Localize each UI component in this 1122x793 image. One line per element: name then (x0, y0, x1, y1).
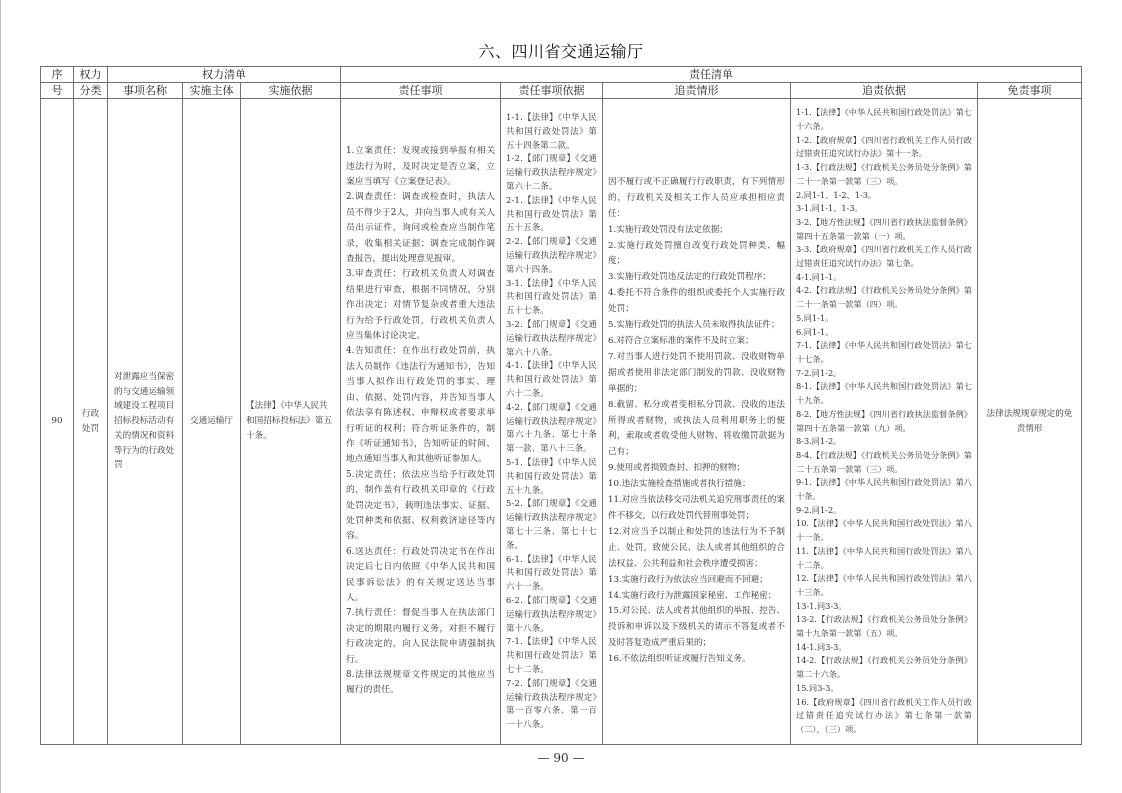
list-item: 13-1.同3-3。 (796, 600, 972, 614)
list-item: 5.决定责任：依法应当给予行政处罚的，制作盖有行政机关印章的《行政处罚决定书》，… (346, 468, 495, 545)
accountability-basis-list: 1-1.【法律】《中华人民共和国行政处罚法》第七十六条。 1-2.【政府规章】《… (796, 106, 972, 736)
list-item: 4.告知责任：在作出行政处罚前，执法人员制作《违法行为通知书》，告知当事人拟作出… (346, 344, 495, 467)
list-item: 9-1.【法律】《中华人民共和国行政处罚法》第八十条。 (796, 476, 972, 503)
list-item: 1.立案责任：发现或接到举报有相关违法行为时，及时决定是否立案，立案应当填写《立… (346, 144, 495, 190)
list-item: 3.审查责任：行政机关负责人对调查结果进行审查，根据不同情况，分别作出决定；对情… (346, 267, 495, 344)
list-item: 13-2.【行政法规】《行政机关公务员处分条例》第十九条第一款第（五）项。 (796, 613, 972, 640)
list-item: 13.实施行政行为依法应当回避而不回避； (608, 573, 785, 589)
list-item: 4-2.【行政法规】《行政机关公务员处分条例》第二十一条第一款第（四）项。 (796, 284, 972, 311)
list-item: 3-2.【地方性法规】《四川省行政执法监督条例》第四十五条第一款第（一）项。 (796, 216, 972, 243)
header-seq-bottom: 号 (41, 83, 74, 99)
header-accountability-basis: 追责依据 (791, 83, 978, 99)
list-item: 14-2.【行政法规】《行政机关公务员处分条例》第二十六条。 (796, 654, 972, 681)
page-edge (0, 0, 1, 793)
list-item: 7.对当事人进行处罚不使用罚款、没收财物单据或者使用非法定部门制发的罚款、没收财… (608, 350, 785, 398)
header-item-name: 事项名称 (108, 83, 183, 99)
list-item: 6.同1-1。 (796, 326, 972, 340)
list-item: 8-4.【行政法规】《行政机关公务员处分条例》第二十五条第一款第（三）项。 (796, 449, 972, 476)
list-item: 4-1.【法律】《中华人民共和国行政处罚法》第六十二条。 (506, 359, 597, 400)
list-item: 4-1.同1-1。 (796, 271, 972, 285)
list-item: 14-1.同3-3。 (796, 641, 972, 655)
exemptions-cell: 法律法规规章规定的免责情形 (978, 99, 1082, 745)
list-item: 7-2.【部门规章】《交通运输行政执法程序规定》第一百零六条、第一百一十八条。 (506, 677, 597, 732)
list-item: 1-3.【行政法规】《行政机关公务员处分条例》第二十一条第一款第（三）项。 (796, 161, 972, 188)
header-exemptions: 免责事项 (978, 83, 1082, 99)
list-item: 2.同1-1、1-2、1-3。 (796, 189, 972, 203)
list-item: 2.调查责任：调查或检查时，执法人员不得少于2人，并向当事人或有关人员出示证件，… (346, 190, 495, 267)
responsibility-basis-list: 1-1.【法律】《中华人民共和国行政处罚法》第五十四条第二款。 1-2.【部门规… (506, 111, 597, 732)
list-item: 7.执行责任：督促当事人在执法部门决定的期限内履行义务，对拒不履行行政决定的，向… (346, 606, 495, 668)
list-item: 2.实施行政处罚擅自改变行政处罚种类、幅度； (608, 239, 785, 271)
list-item: 7-2.同1-2。 (796, 367, 972, 381)
list-item: 16.不依法组织听证或履行告知义务。 (608, 652, 785, 668)
list-item: 6.送达责任：行政处罚决定书在作出决定后七日内依照《中华人民共和国民事诉讼法》的… (346, 545, 495, 607)
list-item: 7-1.【法律】《中华人民共和国行政处罚法》第七十二条。 (506, 635, 597, 676)
responsibility-items-list: 1.立案责任：发现或接到举报有相关违法行为时，及时决定是否立案，立案应当填写《立… (346, 144, 495, 699)
list-item: 11.对应当依法移交司法机关追究刑事责任的案件不移交，以行政处罚代替刑事处罚； (608, 493, 785, 525)
header-category-bottom: 分类 (74, 83, 108, 99)
list-item: 1-1.【法律】《中华人民共和国行政处罚法》第五十四条第二款。 (506, 111, 597, 152)
header-responsibility-items: 责任事项 (341, 83, 501, 99)
list-item: 6-1.【法律】《中华人民共和国行政处罚法》第六十一条。 (506, 553, 597, 594)
list-item: 1-2.【政府规章】《四川省行政机关工作人员行政过错责任追究试行办法》第十一条。 (796, 134, 972, 161)
list-item: 3-1.【法律】《中华人民共和国行政处罚法》第五十七条。 (506, 277, 597, 318)
list-item: 8.截留、私分或者变相私分罚款、没收的违法所得或者财物，或执法人员利用职务上的便… (608, 398, 785, 462)
page-number: — 90 — (0, 751, 1122, 765)
responsibility-basis-cell: 1-1.【法律】《中华人民共和国行政处罚法》第五十四条第二款。 1-2.【部门规… (501, 99, 603, 745)
power-responsibility-table: 序 权力 权力清单 责任清单 号 分类 事项名称 实施主体 实施依据 责任事项 … (40, 66, 1082, 745)
implementing-body-cell: 交通运输厅 (183, 99, 241, 745)
list-item: 3-3.【政府规章】《四川省行政机关工作人员行政过错责任追究试行办法》第七条。 (796, 243, 972, 270)
category-cell: 行政处罚 (74, 99, 108, 745)
list-item: 7-1.【法律】《中华人民共和国行政处罚法》第七十七条。 (796, 339, 972, 366)
header-responsibility-basis: 责任事项依据 (501, 83, 603, 99)
page-title: 六、四川省交通运输厅 (0, 39, 1122, 62)
accountability-situations-list: 因不履行或不正确履行行政职责，有下列情形的，行政机关及相关工作人员应承担相应责任… (608, 175, 785, 668)
list-item: 15.同3-3。 (796, 682, 972, 696)
list-item: 4-2.【部门规章】《交通运输行政执法程序规定》第六十九条、第七十条第一款、第八… (506, 401, 597, 456)
list-item: 3-2.【部门规章】《交通运输行政执法程序规定》第六十八条。 (506, 318, 597, 359)
list-item: 5-2.【部门规章】《交通运输行政执法程序规定》第七十三条、第七十七条。 (506, 497, 597, 552)
list-item: 1-2.【部门规章】《交通运输行政执法程序规定》第六十二条。 (506, 152, 597, 193)
list-item: 3-1.同1-1、1-3。 (796, 202, 972, 216)
list-item: 5-1.【法律】《中华人民共和国行政处罚法》第五十九条。 (506, 456, 597, 497)
list-item: 8-1.【法律】《中华人民共和国行政处罚法》第七十九条。 (796, 380, 972, 407)
list-item: 12.【法律】《中华人民共和国行政处罚法》第八十三条。 (796, 572, 972, 599)
list-item: 5.实施行政处罚的执法人员未取得执法证件； (608, 318, 785, 334)
list-item: 8-2.【地方性法规】《四川省行政执法监督条例》第四十五条第一款第（九）项。 (796, 408, 972, 435)
header-category-top: 权力 (74, 67, 108, 83)
list-item: 5.同1-1。 (796, 312, 972, 326)
list-item: 10.【法律】《中华人民共和国行政处罚法》第八十一条。 (796, 517, 972, 544)
list-item: 9.使用或者损毁查封、扣押的财物； (608, 461, 785, 477)
list-item: 3.实施行政处罚违反法定的行政处罚程序； (608, 270, 785, 286)
header-responsibility-list: 责任清单 (341, 67, 1082, 83)
list-item: 因不履行或不正确履行行政职责，有下列情形的，行政机关及相关工作人员应承担相应责任… (608, 175, 785, 223)
list-item: 6.对符合立案标准的案件不及时立案； (608, 334, 785, 350)
list-item: 2-1.【法律】《中华人民共和国行政处罚法》第五十五条。 (506, 194, 597, 235)
list-item: 8-3.同1-2。 (796, 435, 972, 449)
list-item: 9-2.同1-2。 (796, 504, 972, 518)
accountability-basis-cell: 1-1.【法律】《中华人民共和国行政处罚法》第七十六条。 1-2.【政府规章】《… (791, 99, 978, 745)
list-item: 11.【法律】《中华人民共和国行政处罚法》第八十二条。 (796, 545, 972, 572)
list-item: 1-1.【法律】《中华人民共和国行政处罚法》第七十六条。 (796, 106, 972, 133)
list-item: 8.法律法规规章文件规定的其他应当履行的责任。 (346, 668, 495, 699)
list-item: 15.对公民、法人或者其他组织的举报、控告、投诉和申诉以及下级机关的请示不答复或… (608, 604, 785, 652)
list-item: 10.违法实施检查措施或者执行措施； (608, 477, 785, 493)
header-accountability-situations: 追责情形 (603, 83, 791, 99)
list-item: 16.【政府规章】《四川省行政机关工作人员行政过错责任追究试行办法》第七条第一款… (796, 696, 972, 737)
list-item: 1.实施行政处罚没有法定依据； (608, 223, 785, 239)
header-power-list: 权力清单 (108, 67, 341, 83)
list-item: 2-2.【部门规章】《交通运输行政执法程序规定》第六十四条。 (506, 235, 597, 276)
header-implementation-basis: 实施依据 (241, 83, 341, 99)
header-seq-top: 序 (41, 67, 74, 83)
header-implementing-body: 实施主体 (183, 83, 241, 99)
accountability-situations-cell: 因不履行或不正确履行行政职责，有下列情形的，行政机关及相关工作人员应承担相应责任… (603, 99, 791, 745)
list-item: 12.对应当予以制止和处罚的违法行为不予制止、处罚，致使公民、法人或者其他组织的… (608, 525, 785, 573)
list-item: 4.委托不符合条件的组织或委托个人实施行政处罚； (608, 286, 785, 318)
list-item: 6-2.【部门规章】《交通运输行政执法程序规定》第十八条。 (506, 594, 597, 635)
item-name-cell: 对泄露应当保密的与交通运输领域建设工程项目招标投标活动有关的情况和资料等行为的行… (108, 99, 183, 745)
responsibility-items-cell: 1.立案责任：发现或接到举报有相关违法行为时，及时决定是否立案，立案应当填写《立… (341, 99, 501, 745)
list-item: 14.实施行政行为泄露国家秘密、工作秘密； (608, 589, 785, 605)
seq-cell: 90 (41, 99, 74, 745)
implementation-basis-cell: 【法律】《中华人民共和国招标投标法》第五十条。 (241, 99, 341, 745)
table-row: 90 行政处罚 对泄露应当保密的与交通运输领域建设工程项目招标投标活动有关的情况… (41, 99, 1082, 745)
